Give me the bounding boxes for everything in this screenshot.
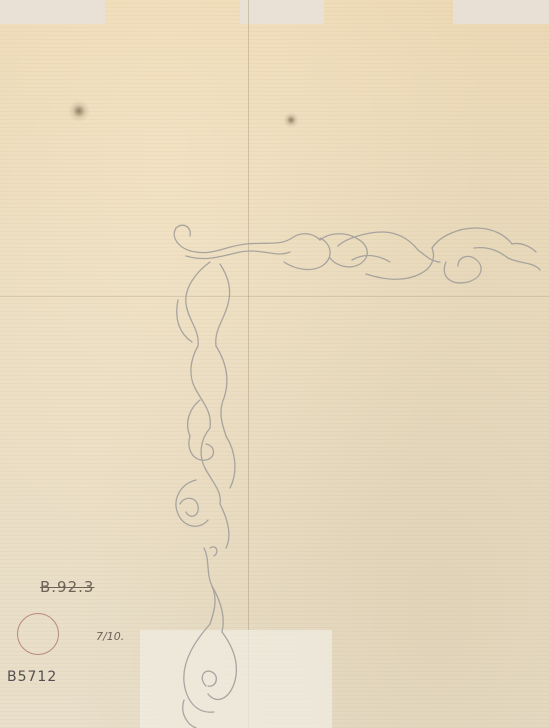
- inventory-number: B5712: [7, 669, 57, 685]
- old-inventory-number: B.92.3: [40, 578, 94, 596]
- date-note: 7/10.: [96, 630, 124, 643]
- scrollwork-drawing: [0, 0, 549, 728]
- paper-sheet: B.92.3 7/10. B5712: [0, 0, 549, 728]
- collection-stamp: [17, 613, 59, 655]
